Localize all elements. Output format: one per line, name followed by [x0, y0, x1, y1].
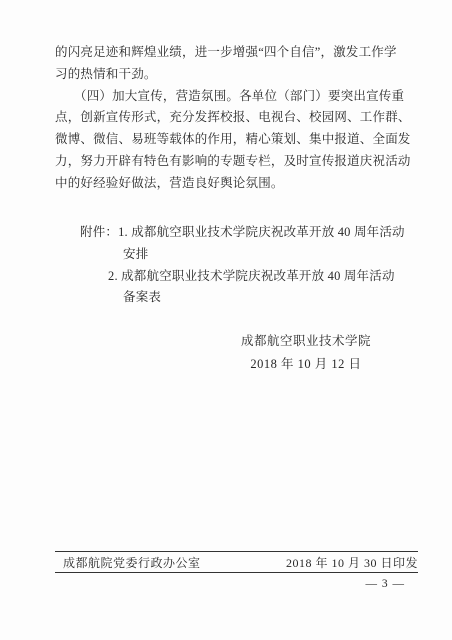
body-line: 中的好经验好做法，营造良好舆论氛围。	[55, 173, 407, 195]
signature-block: 成都航空职业技术学院 2018 年 10 月 12 日	[160, 330, 452, 376]
attachment-item-2: 2. 成都航空职业技术学院庆祝改革开放 40 周年活动	[55, 266, 415, 288]
body-line: （四）加大宣传，营造氛围。各单位（部门）要突出宣传重	[55, 86, 407, 108]
attachment-item-1-continued: 安排	[55, 244, 415, 266]
body-line: 点，创新宣传形式，充分发挥校报、电视台、校园网、工作群、	[55, 107, 407, 129]
attachment-item-2-continued: 备案表	[55, 287, 415, 309]
attachments-list: 附件：1. 成都航空职业技术学院庆祝改革开放 40 周年活动 安排 2. 成都航…	[55, 222, 415, 309]
footer-print-date: 2018 年 10 月 30 日印发	[286, 555, 418, 571]
footer-divider-top	[55, 551, 418, 552]
body-line: 力，努力开辟有特色有影响的专题专栏，及时宣传报道庆祝活动	[55, 151, 407, 173]
attachment-item-1: 附件：1. 成都航空职业技术学院庆祝改革开放 40 周年活动	[55, 222, 415, 244]
signature-organization: 成都航空职业技术学院	[160, 330, 452, 353]
footer-issuer: 成都航院党委行政办公室	[63, 555, 201, 571]
footer-row: 成都航院党委行政办公室 2018 年 10 月 30 日印发	[55, 555, 418, 571]
body-paragraphs: 的闪亮足迹和辉煌业绩，进一步增强“四个自信”，激发工作学 习的热情和干劲。 （四…	[55, 42, 407, 195]
body-line: 的闪亮足迹和辉煌业绩，进一步增强“四个自信”，激发工作学	[55, 42, 407, 64]
body-line: 习的热情和干劲。	[55, 64, 407, 86]
footer-divider-bottom	[55, 572, 418, 573]
body-line: 微博、微信、易班等载体的作用，精心策划、集中报道、全面发	[55, 129, 407, 151]
signature-date: 2018 年 10 月 12 日	[160, 353, 452, 376]
document-page: 的闪亮足迹和辉煌业绩，进一步增强“四个自信”，激发工作学 习的热情和干劲。 （四…	[0, 0, 452, 640]
page-number: — 3 —	[366, 577, 406, 591]
